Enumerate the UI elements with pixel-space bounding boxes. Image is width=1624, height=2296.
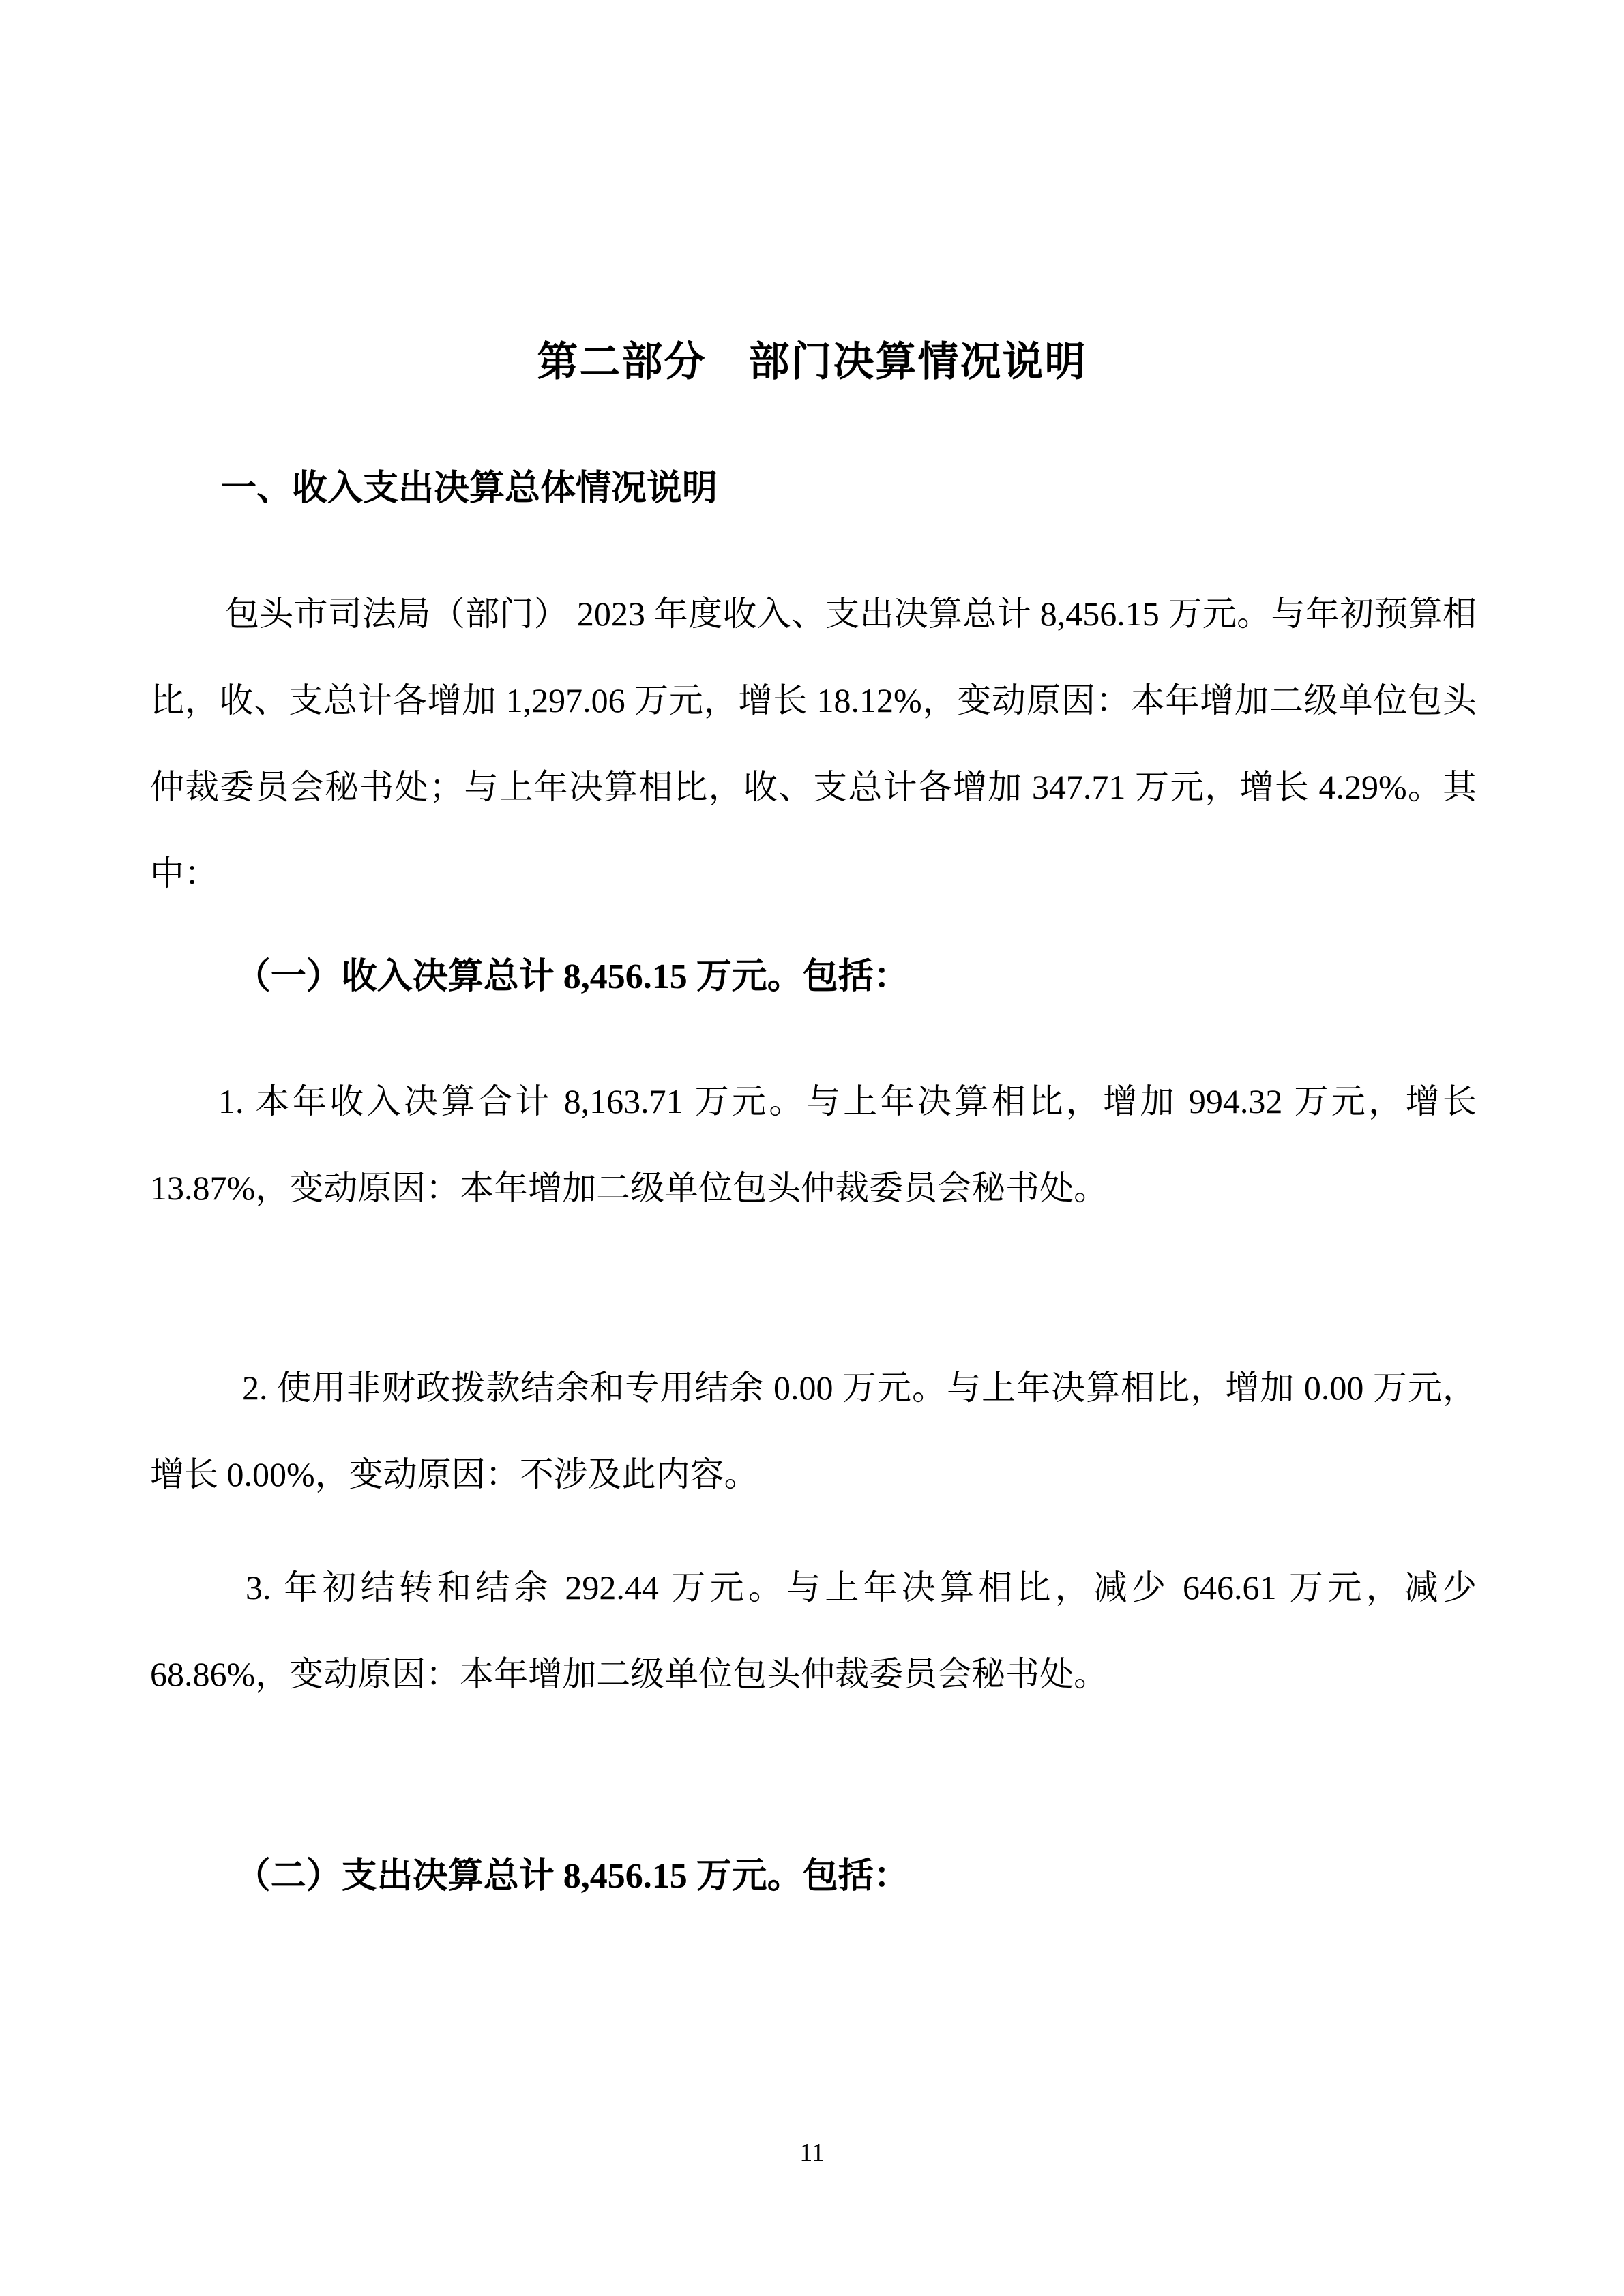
subsection-heading-income-total: （一）收入决算总计 8,456.15 万元。包括： (150, 952, 1477, 1002)
paragraph-overview: 包头市司法局（部门） 2023 年度收入、支出决算总计 8,456.15 万元。… (150, 571, 1477, 917)
paragraph-income-item-1: 1. 本年收入决算合计 8,163.71 万元。与上年决算相比，增加 994.3… (150, 1058, 1477, 1232)
document-title: 第二部分 部门决算情况说明 (0, 337, 1624, 387)
paragraph-income-item-2: 2. 使用非财政拨款结余和专用结余 0.00 万元。与上年决算相比，增加 0.0… (150, 1345, 1477, 1518)
subsection-heading-expense-total: （二）支出决算总计 8,456.15 万元。包括： (150, 1851, 1477, 1902)
page-number: 11 (0, 2137, 1624, 2168)
section-heading-overview: 一、收入支出决算总体情况说明 (150, 464, 1477, 514)
paragraph-income-item-3: 3. 年初结转和结余 292.44 万元。与上年决算相比，减少 646.61 万… (150, 1545, 1477, 1718)
document-page: 第二部分 部门决算情况说明 一、收入支出决算总体情况说明 包头市司法局（部门） … (0, 0, 1624, 2296)
